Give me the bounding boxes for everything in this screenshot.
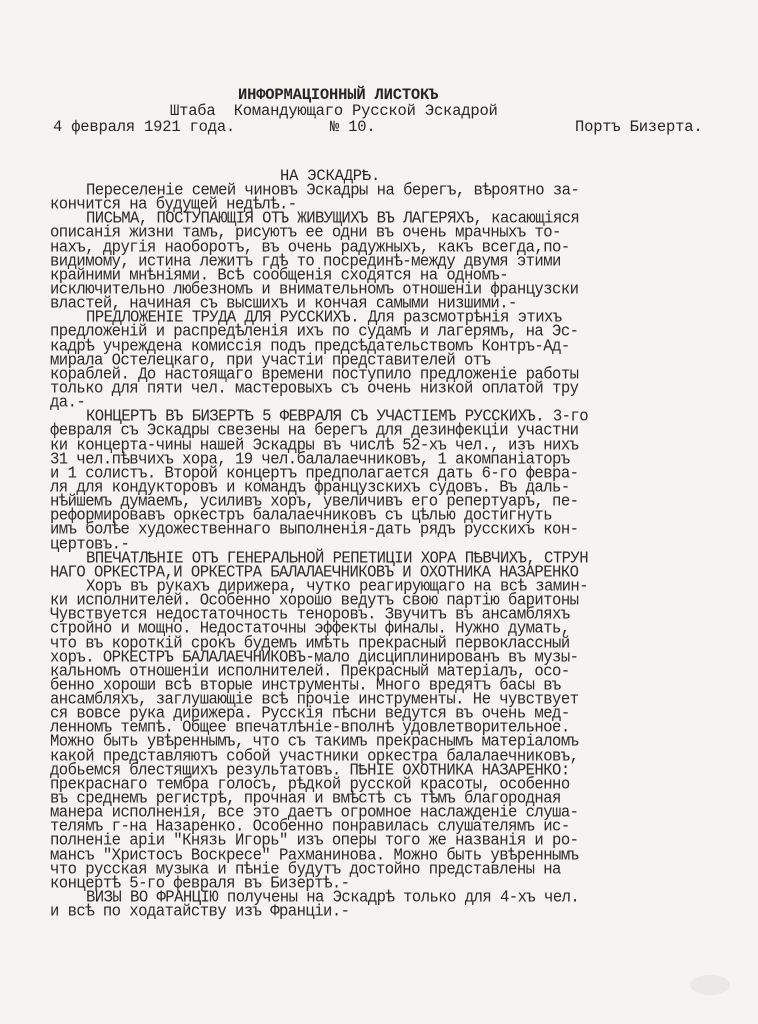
typewritten-page: ИНФОРМАЦIОННЫЙ ЛИСТОКЪ Штаба Командующаг… xyxy=(0,0,758,1024)
document-number: № 10. xyxy=(330,119,376,135)
document-subtitle: Штаба Командующаго Русской Эскадрой xyxy=(170,103,498,119)
paper-smudge xyxy=(690,975,730,995)
document-place: Портъ Бизерта. xyxy=(575,119,702,135)
text-line: имъ болѣе художественнаго выполненiя-дат… xyxy=(50,522,758,537)
document-body: Переселенiе семей чиновъ Эскадры на бере… xyxy=(50,183,758,918)
document-title: ИНФОРМАЦIОННЫЙ ЛИСТОКЪ xyxy=(238,87,438,103)
text-line: только для пяти чел. мастеровыхъ съ очен… xyxy=(50,381,758,396)
document-date: 4 февраля 1921 года. xyxy=(53,119,235,135)
text-line: и всѣ по ходатайству изъ Францiи.- xyxy=(50,904,758,919)
